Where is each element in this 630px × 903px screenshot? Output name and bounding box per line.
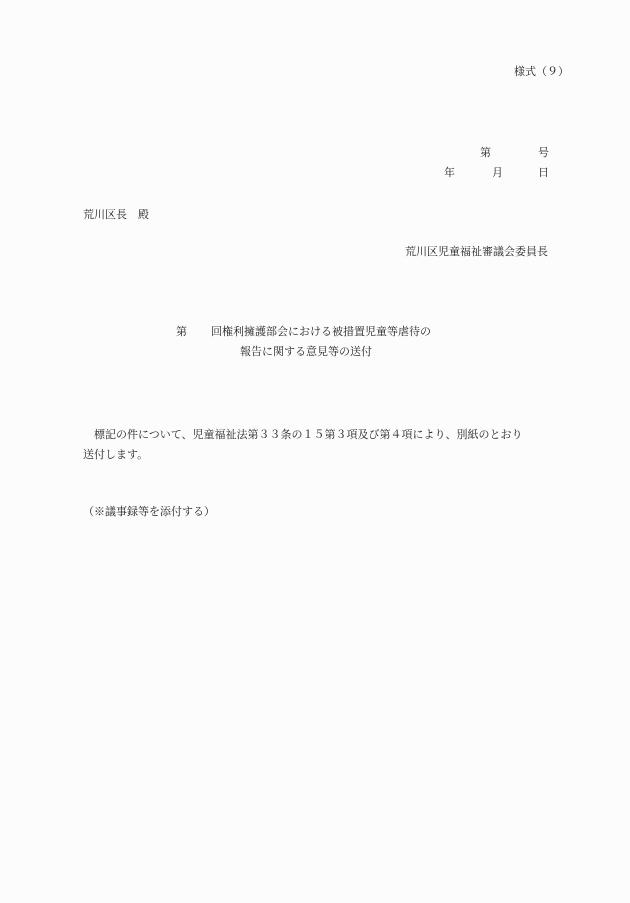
date-year: 年 [444,167,455,178]
form-number: 様式（９） [514,66,569,77]
date-month: 月 [492,167,503,178]
title-line-2: 報告に関する意見等の送付 [240,346,372,357]
addressee: 荒川区長 殿 [83,209,149,220]
title-prefix: 第 [176,326,187,337]
body-line-2: 送付します。 [83,449,148,460]
attachment-note: （※議事録等を添付する） [83,506,215,517]
date-day: 日 [538,167,549,178]
title-line-1: 回権利擁護部会における被措置児童等虐待の [211,326,431,337]
sender: 荒川区児童福祉審議会委員長 [405,246,548,257]
doc-number-prefix: 第 [480,147,491,158]
doc-number-suffix: 号 [538,147,549,158]
body-line-1: 標記の件について、児童福祉法第３３条の１５第３項及び第４項により、別紙のとおり [83,429,523,440]
